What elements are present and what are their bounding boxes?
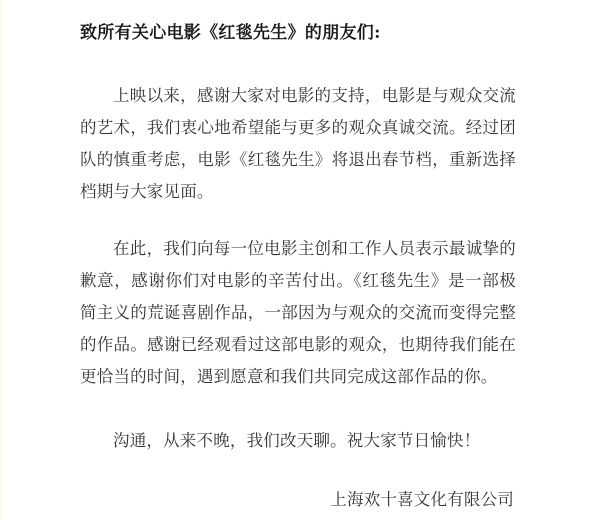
signature-area: 上海欢十喜文化有限公司: [80, 0, 520, 520]
page-edge: [0, 0, 4, 520]
company-signature: 上海欢十喜文化有限公司: [330, 484, 514, 516]
